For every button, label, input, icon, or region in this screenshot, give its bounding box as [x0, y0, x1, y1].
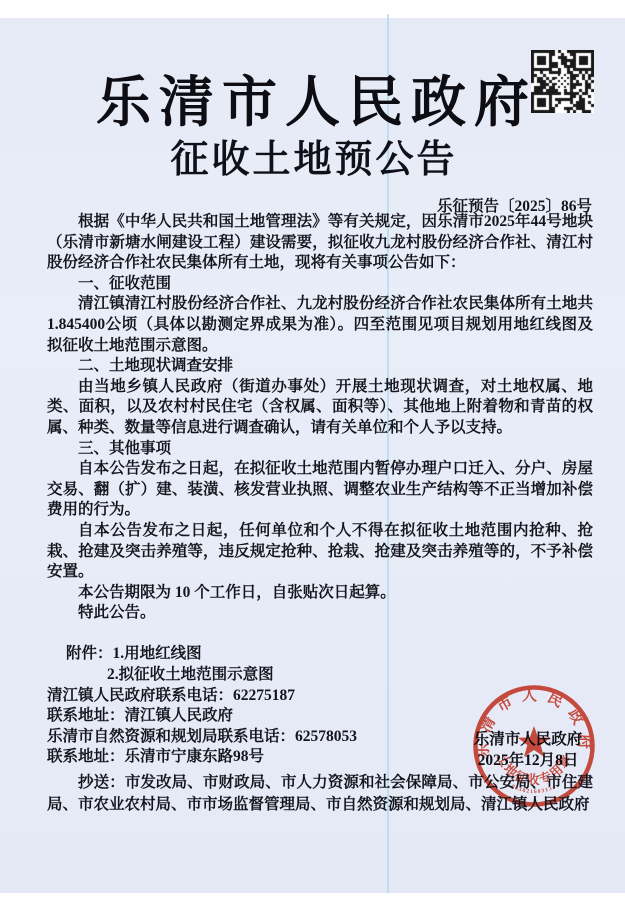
attachment-2: 2.拟征收土地范围示意图 [47, 665, 593, 686]
intro-paragraph: 根据《中华人民共和国土地管理法》等有关规定，因乐清市2025年44号地块（乐清市… [47, 212, 593, 274]
page-subtitle: 征收土地预公告 [0, 137, 625, 183]
attachment-1: 附件：1.用地红线图 [47, 644, 593, 665]
document-body: 根据《中华人民共和国土地管理法》等有关规定，因乐清市2025年44号地块（乐清市… [47, 212, 593, 768]
signature-date: 2025年12月8日 [464, 751, 592, 772]
signature-block: 乐清市人民政府 2025年12月8日 [464, 730, 592, 771]
contact-address-town: 联系地址：清江镇人民政府 [47, 706, 593, 727]
section3-paragraph-1: 自本公告发布之日起，在拟征收土地范围内暂停办理户口迁入、分户、房屋交易、翻（扩）… [47, 459, 593, 521]
signature-issuer: 乐清市人民政府 [464, 730, 592, 751]
section2-heading: 二、土地现状调查安排 [47, 356, 593, 377]
closing-line: 特此公告。 [47, 603, 593, 624]
document-page: 乐清市人民政府 征收土地预公告 乐征预告〔2025〕86号 根据《中华人民共和国… [0, 0, 625, 899]
section1-heading: 一、征收范围 [47, 274, 593, 295]
section1-paragraph: 清江镇清江村股份经济合作社、九龙村股份经济合作社农民集体所有土地共1.84540… [47, 294, 593, 356]
section3-paragraph-2: 自本公告发布之日起，任何单位和个人不得在拟征收土地范围内抢种、抢栽、抢建及突击养… [47, 521, 593, 583]
section3-heading: 三、其他事项 [47, 439, 593, 460]
contact-phone-town: 清江镇人民政府联系电话：62275187 [47, 686, 593, 707]
section2-paragraph: 由当地乡镇人民政府（街道办事处）开展土地现状调查，对土地权属、地类、面积，以及农… [47, 377, 593, 439]
attachments: 附件：1.用地红线图 2.拟征收土地范围示意图 [47, 644, 593, 685]
qr-code-icon [531, 50, 594, 113]
cc-list: 抄送：市发改局、市财政局、市人力资源和社会保障局、市公安局、市住建局、市农业农村… [47, 772, 593, 816]
notice-period: 本公告期限为 10 个工作日，自张贴次日起算。 [47, 583, 593, 604]
